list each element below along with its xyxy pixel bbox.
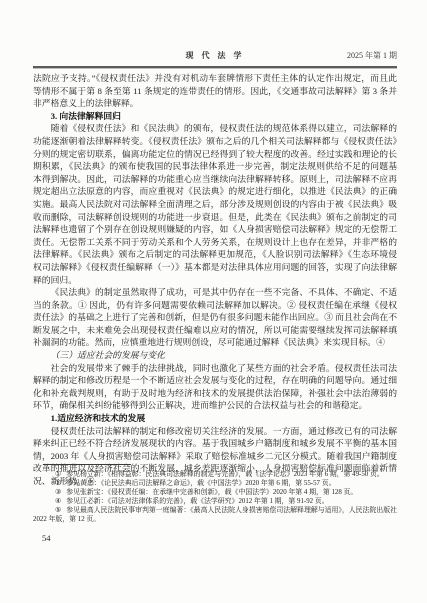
footnote-text: 参见杨立新：《相得益彰：民法典司法解释的制定与完善》，载《法学论坛》2023 年… bbox=[66, 471, 384, 478]
footnote-text: 参见江必新：《司法对法律体系的完善》，载《法学研究》2012 年第 1 期，第 … bbox=[66, 498, 328, 505]
footnote: ⑤参见最高人民法院民事审判第一庭编著：《最高人民法院人身损害赔偿司法解释理解与适… bbox=[33, 506, 397, 524]
body-paragraph: 社会的发展带来了棘手的法律挑战，同时也激化了某些方面的社会矛盾。侵权责任法司法解… bbox=[33, 362, 397, 412]
section-heading: （三）适应社会的发展与变化 bbox=[33, 349, 397, 362]
header-rule bbox=[33, 66, 397, 69]
body-paragraph: 法院应予支持。”《侵权责任法》并没有对机动车套牌情形下责任主体的认定作出规定，而… bbox=[33, 72, 397, 110]
footnote-text: 参见张新宝：《侵权责任编：在承继中完善和创新》，载《中国法学》2020 年第 4… bbox=[66, 489, 357, 496]
body-paragraph: 《民法典》的制定虽然取得了成功，可是其中仍存在一些不完备、不具体、不确定、不适当… bbox=[33, 286, 397, 349]
footnote: ①参见杨立新：《相得益彰：民法典司法解释的制定与完善》，载《法学论坛》2023 … bbox=[33, 470, 397, 479]
article-body: 法院应予支持。”《侵权责任法》并没有对机动车套牌情形下责任主体的认定作出规定，而… bbox=[33, 72, 397, 488]
journal-title: 现 代 法 学 bbox=[33, 50, 397, 61]
section-heading: 3. 向法律解释回归 bbox=[33, 110, 397, 123]
footnote: ④参见江必新：《司法对法律体系的完善》，载《法学研究》2012 年第 1 期，第… bbox=[33, 497, 397, 506]
footnote-text: 参见黄忠：《论民法典后司法解释之命运》，载《中国法学》2020 年第 6 期，第… bbox=[66, 480, 335, 487]
footnote-separator bbox=[43, 464, 131, 465]
footnote: ③参见张新宝：《侵权责任编：在承继中完善和创新》，载《中国法学》2020 年第 … bbox=[33, 488, 397, 497]
page-number: 54 bbox=[42, 533, 51, 543]
section-heading: 1.适应经济和技术的发展 bbox=[33, 412, 397, 425]
footnote: ②参见黄忠：《论民法典后司法解释之命运》，载《中国法学》2020 年第 6 期，… bbox=[33, 479, 397, 488]
footnote-marker: ① bbox=[55, 471, 61, 478]
issue-label: 2025 年第 1 期 bbox=[347, 50, 397, 61]
footnote-text: 参见最高人民法院民事审判第一庭编著：《最高人民法院人身损害赔偿司法解释理解与适用… bbox=[33, 507, 397, 523]
footnote-marker: ④ bbox=[55, 498, 61, 505]
footnote-marker: ② bbox=[55, 480, 61, 487]
footnote-marker: ⑤ bbox=[55, 507, 61, 514]
footnote-marker: ③ bbox=[55, 489, 61, 496]
footnote-block: ①参见杨立新：《相得益彰：民法典司法解释的制定与完善》，载《法学论坛》2023 … bbox=[33, 464, 397, 524]
running-head: 现 代 法 学 2025 年第 1 期 bbox=[33, 50, 397, 64]
journal-page: 现 代 法 学 2025 年第 1 期 法院应予支持。”《侵权责任法》并没有对机… bbox=[0, 0, 427, 603]
body-paragraph: 随着《侵权责任法》和《民法典》的颁布，侵权责任法的规范体系得以建立，司法解释的功… bbox=[33, 122, 397, 286]
